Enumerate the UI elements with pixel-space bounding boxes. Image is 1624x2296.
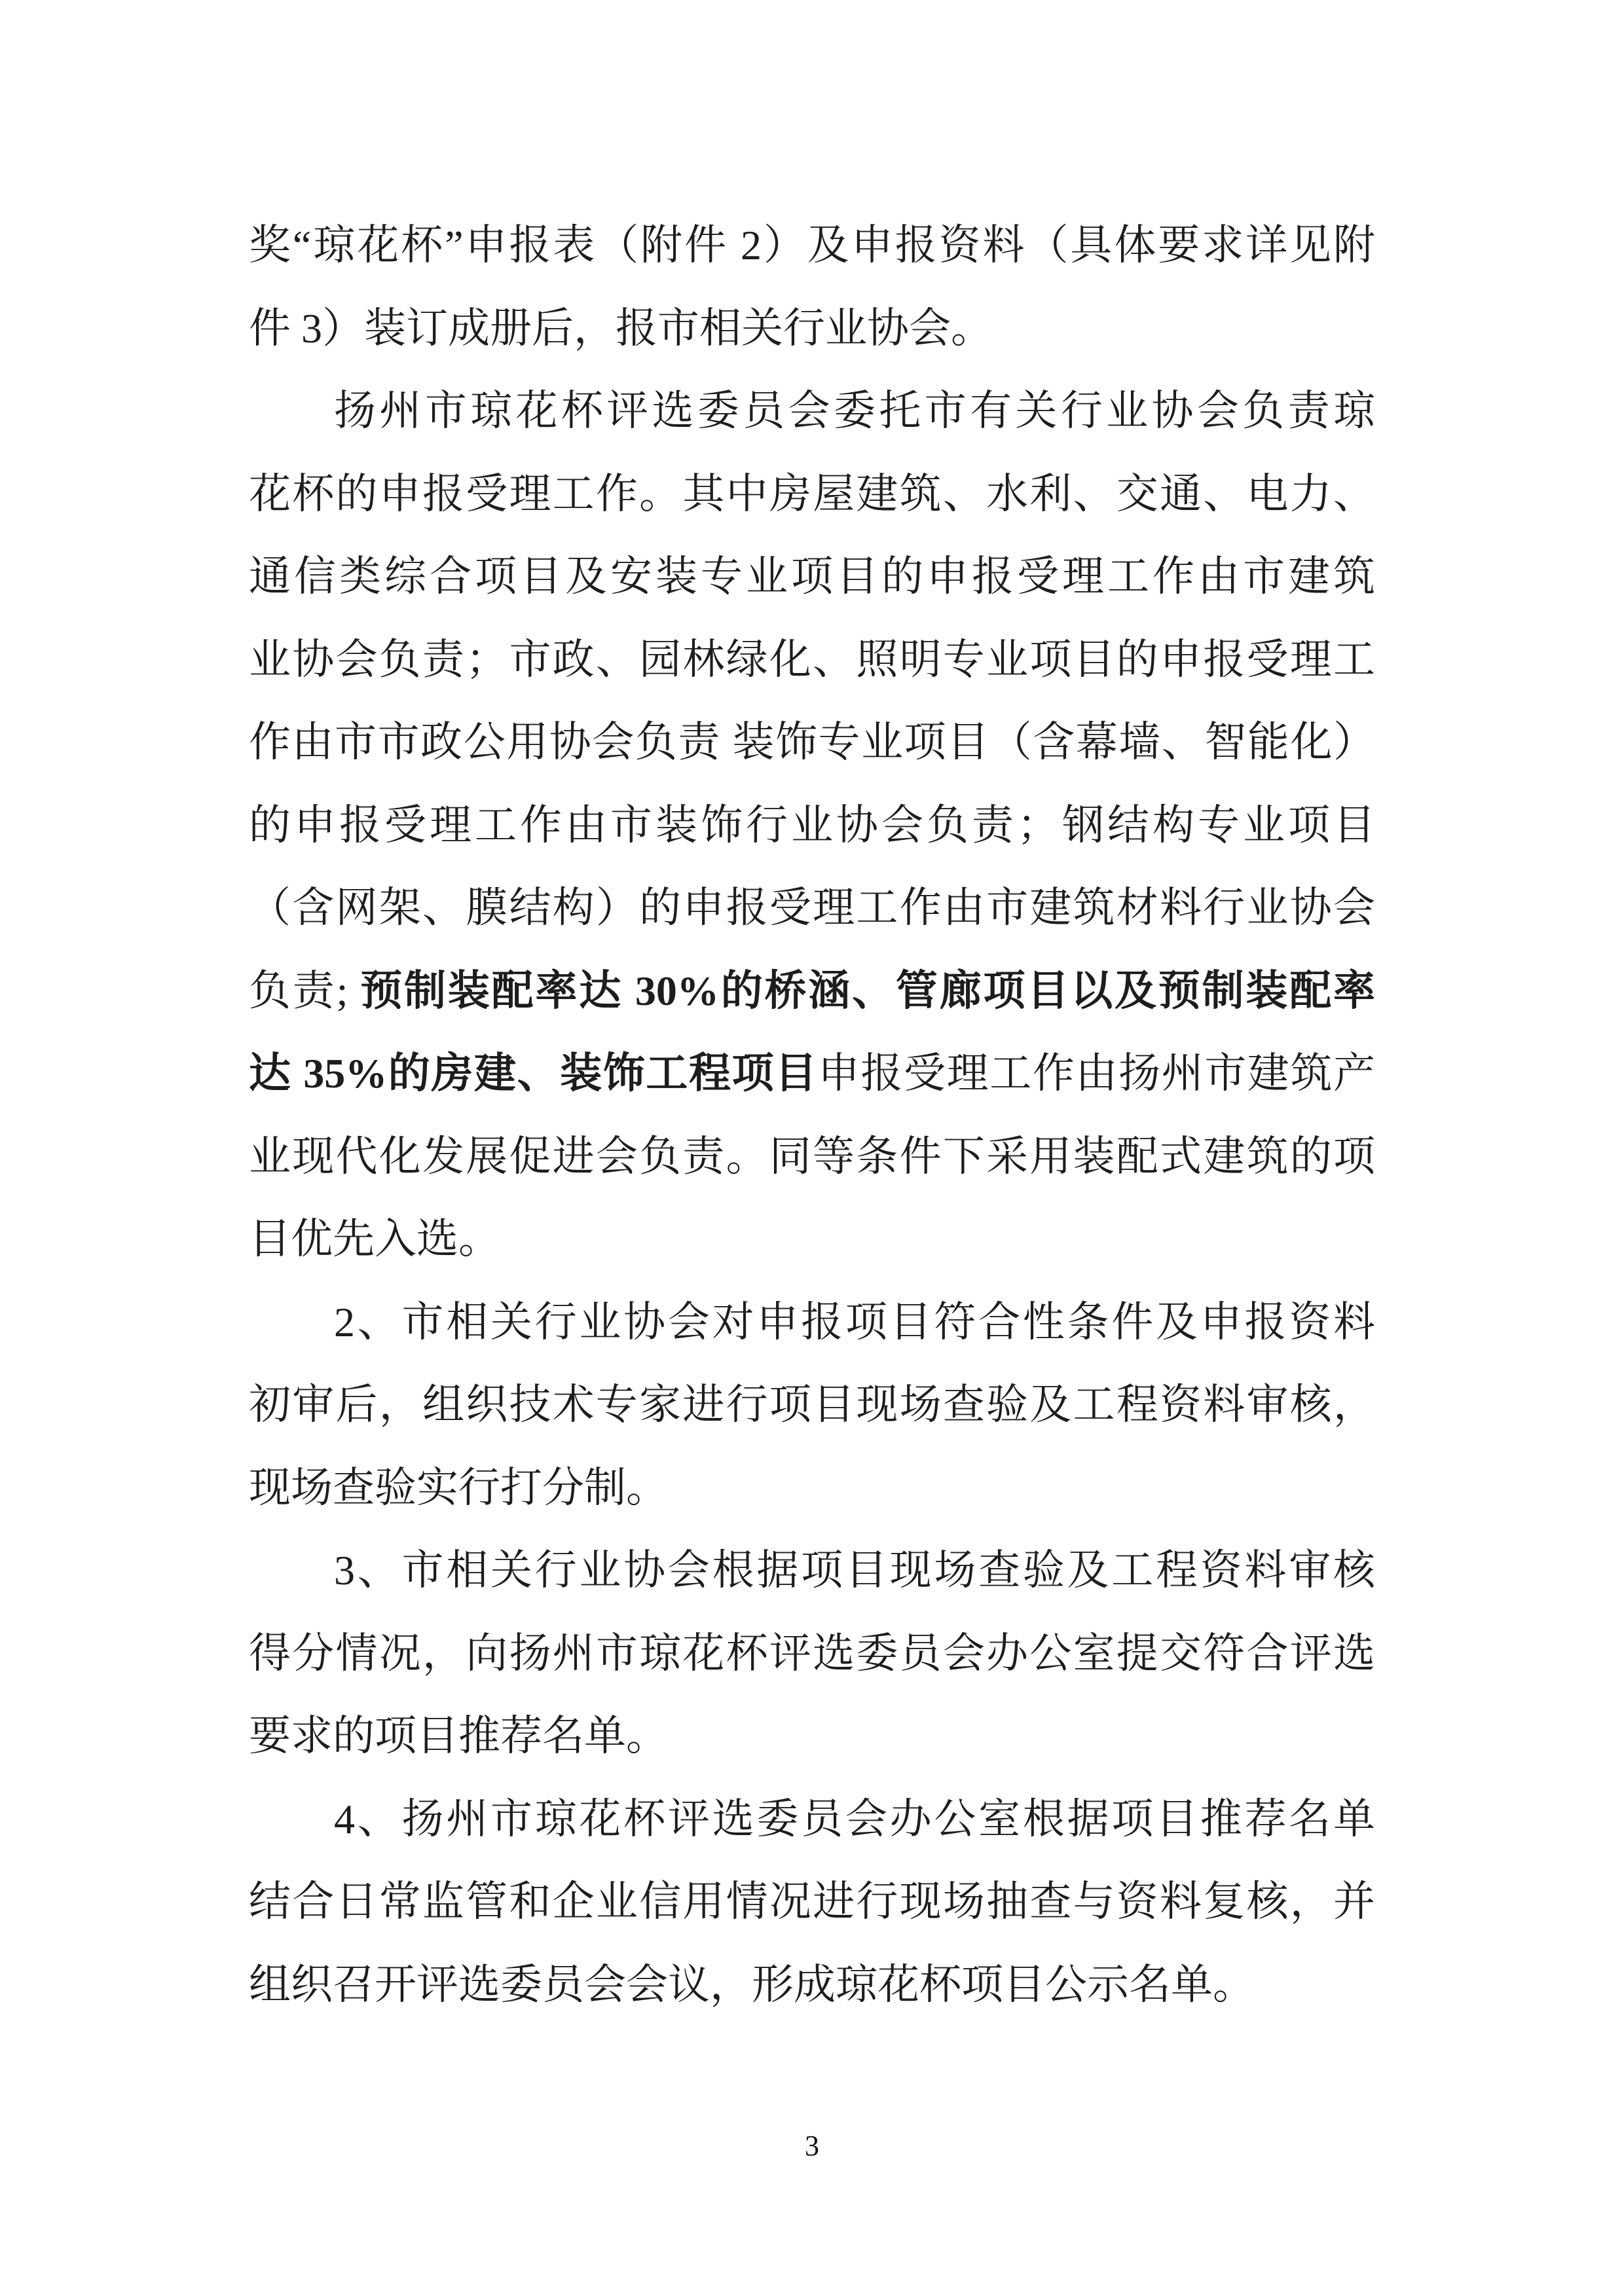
text-segment: 扬州市琼花杯评选委员会委托市有关行业协会负责琼 <box>334 388 1375 434</box>
text-line: 件 3）装订成册后，报市相关行业协会。 <box>249 287 1375 371</box>
text-line: 扬州市琼花杯评选委员会委托市有关行业协会负责琼 <box>249 370 1375 453</box>
text-segment: 业协会负责；市政、园林绿化、照明专业项目的申报受理工 <box>249 636 1375 683</box>
text-segment: 申报受理工作由扬州市建筑产 <box>818 1050 1375 1097</box>
text-line: （含网架、膜结构）的申报受理工作由市建筑材料行业协会 <box>249 867 1375 950</box>
text-segment: 业现代化发展促进会负责。同等条件下采用装配式建筑的项 <box>249 1133 1375 1180</box>
text-line: 2、市相关行业协会对申报项目符合性条件及申报资料 <box>249 1281 1375 1364</box>
text-line: 结合日常监管和企业信用情况进行现场抽查与资料复核，并 <box>249 1861 1375 1944</box>
text-line: 组织召开评选委员会会议，形成琼花杯项目公示名单。 <box>249 1944 1375 2027</box>
bold-text-segment: 预制装配率达 30%的桥涵、管廊项目以及预制装配率 <box>360 968 1375 1014</box>
text-line: 花杯的申报受理工作。其中房屋建筑、水利、交通、电力、 <box>249 453 1375 536</box>
text-line: 现场查验实行打分制。 <box>249 1447 1375 1530</box>
text-segment: 的申报受理工作由市装饰行业协会负责；钢结构专业项目 <box>249 802 1375 848</box>
text-segment: 3、市相关行业协会根据项目现场查验及工程资料审核 <box>334 1547 1375 1594</box>
text-line: 业协会负责；市政、园林绿化、照明专业项目的申报受理工 <box>249 619 1375 702</box>
text-segment: 件 3）装订成册后，报市相关行业协会。 <box>249 305 993 352</box>
text-segment: 组织召开评选委员会会议，形成琼花杯项目公示名单。 <box>249 1961 1255 2008</box>
text-segment: 花杯的申报受理工作。其中房屋建筑、水利、交通、电力、 <box>249 471 1375 517</box>
text-segment: 负责; <box>249 968 360 1014</box>
text-line: 负责; 预制装配率达 30%的桥涵、管廊项目以及预制装配率 <box>249 950 1375 1033</box>
text-line: 得分情况，向扬州市琼花杯评选委员会办公室提交符合评选 <box>249 1613 1375 1696</box>
text-segment: 通信类综合项目及安装专业项目的申报受理工作由市建筑 <box>249 553 1375 600</box>
text-segment: 得分情况，向扬州市琼花杯评选委员会办公室提交符合评选 <box>249 1630 1375 1677</box>
text-segment: 2、市相关行业协会对申报项目符合性条件及申报资料 <box>334 1299 1375 1345</box>
text-segment: 作由市市政公用协会负责 装饰专业项目（含幕墙、智能化） <box>249 719 1375 765</box>
text-segment: 目优先入选。 <box>249 1216 500 1262</box>
text-line: 奖“琼花杯”申报表（附件 2）及申报资料（具体要求详见附 <box>249 204 1375 287</box>
text-segment: 奖“琼花杯”申报表（附件 2）及申报资料（具体要求详见附 <box>249 222 1375 268</box>
text-segment: 要求的项目推荐名单。 <box>249 1713 668 1759</box>
text-segment: 现场查验实行打分制。 <box>249 1465 668 1511</box>
text-line: 初审后，组织技术专家进行项目现场查验及工程资料审核， <box>249 1364 1375 1447</box>
text-line: 作由市市政公用协会负责 装饰专业项目（含幕墙、智能化） <box>249 701 1375 784</box>
text-line: 通信类综合项目及安装专业项目的申报受理工作由市建筑 <box>249 536 1375 619</box>
document-page: 奖“琼花杯”申报表（附件 2）及申报资料（具体要求详见附件 3）装订成册后，报市… <box>0 0 1624 2296</box>
text-line: 4、扬州市琼花杯评选委员会办公室根据项目推荐名单 <box>249 1778 1375 1861</box>
text-line: 业现代化发展促进会负责。同等条件下采用装配式建筑的项 <box>249 1116 1375 1199</box>
bold-text-segment: 达 35%的房建、装饰工程项目 <box>249 1050 818 1097</box>
text-line: 的申报受理工作由市装饰行业协会负责；钢结构专业项目 <box>249 784 1375 867</box>
document-body: 奖“琼花杯”申报表（附件 2）及申报资料（具体要求详见附件 3）装订成册后，报市… <box>249 204 1375 2026</box>
text-segment: （含网架、膜结构）的申报受理工作由市建筑材料行业协会 <box>249 884 1375 931</box>
text-segment: 初审后，组织技术专家进行项目现场查验及工程资料审核， <box>249 1381 1375 1428</box>
text-segment: 结合日常监管和企业信用情况进行现场抽查与资料复核，并 <box>249 1878 1375 1925</box>
text-segment: 4、扬州市琼花杯评选委员会办公室根据项目推荐名单 <box>334 1796 1375 1842</box>
page-number: 3 <box>0 2129 1624 2163</box>
text-line: 3、市相关行业协会根据项目现场查验及工程资料审核 <box>249 1529 1375 1613</box>
text-line: 要求的项目推荐名单。 <box>249 1695 1375 1778</box>
text-line: 达 35%的房建、装饰工程项目申报受理工作由扬州市建筑产 <box>249 1032 1375 1116</box>
text-line: 目优先入选。 <box>249 1198 1375 1281</box>
